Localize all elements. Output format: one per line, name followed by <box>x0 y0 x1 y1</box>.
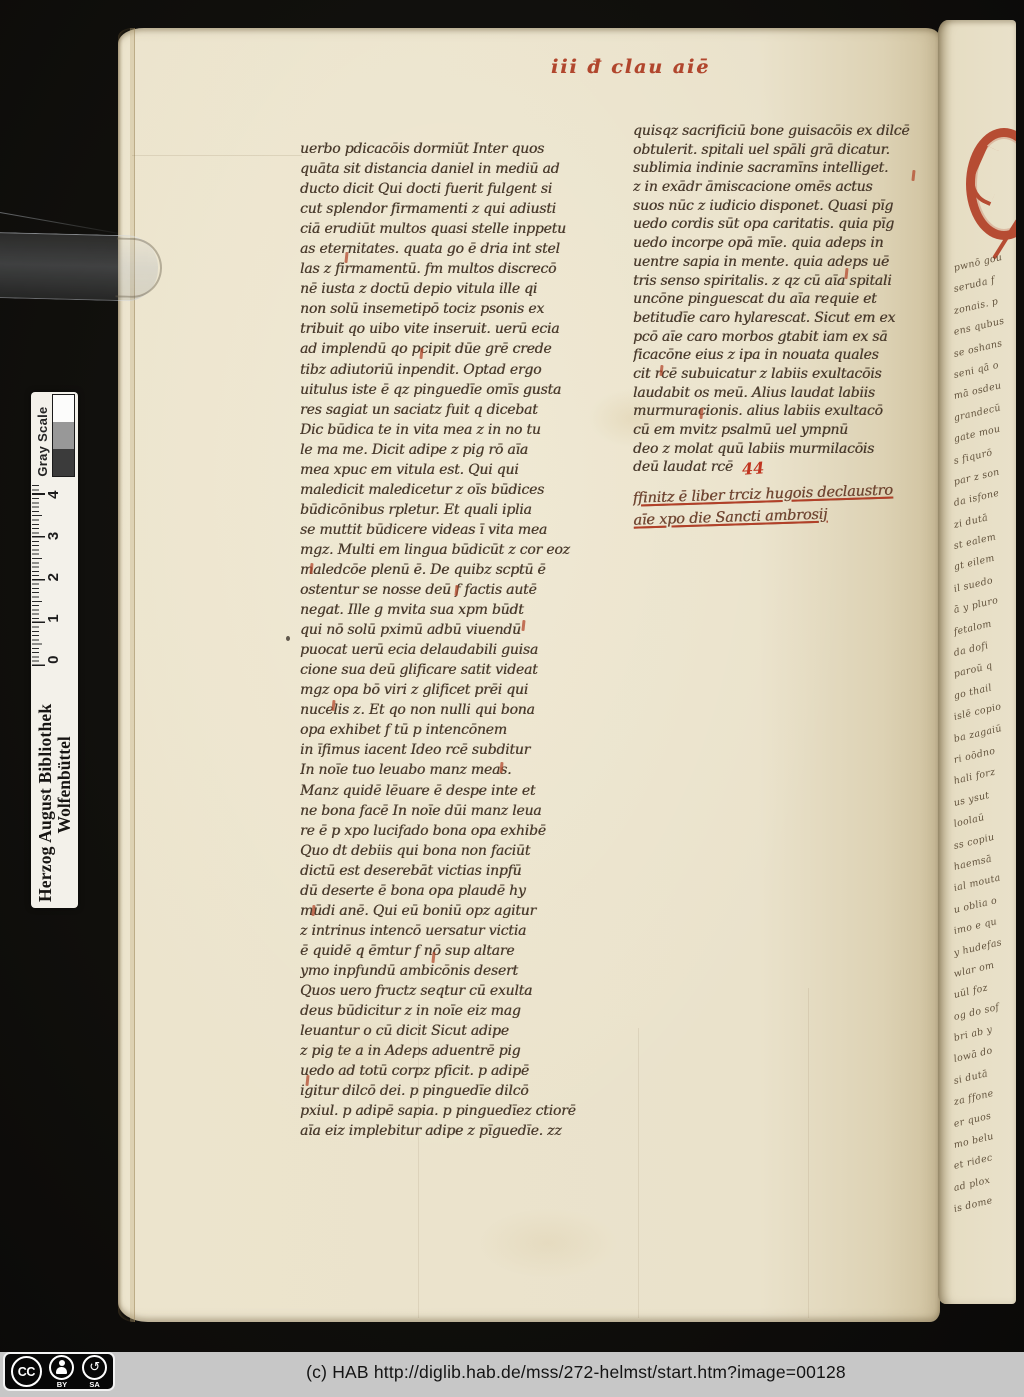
gray-scale-label: Gray Scale <box>35 392 50 477</box>
text-line: le ma me. Dicit adipe z pig rō aīa <box>300 440 582 460</box>
wormhole-speck <box>286 636 290 641</box>
text-line: uedo cordis sūt opa caritatis. quia pīg <box>633 215 927 234</box>
cc-sa: ↺ SA <box>82 1355 107 1389</box>
gray-scale-swatches <box>52 394 75 477</box>
institution-label: Herzog August Bibliothek Wolfenbüttel <box>31 668 78 908</box>
text-line: cit rcē subuicatur z labiis exultacōis <box>633 365 927 384</box>
page-fore-edge-left <box>118 28 135 1322</box>
text-line: quāta sit distancia daniel in mediū ad <box>300 159 582 179</box>
text-line: Dic būdica te in vita mea z in no tu <box>300 420 582 440</box>
partial-text-stubs: pwnō gouseruda fzonais. pens qubusse osh… <box>954 258 1016 1221</box>
red-correction-mark: 44 <box>741 458 765 479</box>
text-line: uerbo pdicacōis dormiūt Inter quos <box>300 139 582 159</box>
text-line: tibz adiutoriū inpendit. Optad ergo <box>300 360 582 380</box>
text-line: tris senso spiritalis. z qz cū aīa spita… <box>633 272 927 291</box>
ruler-number: 4 <box>45 489 62 501</box>
text-line: negat. Ille g mvita sua xpm būdt <box>300 600 582 620</box>
ruler-number: 0 <box>45 654 62 666</box>
text-line: obtulerit. spitali uel spāli grā dicatur… <box>633 141 927 160</box>
text-line: dū deserte ē bona opa plaudē hy <box>300 881 582 901</box>
text-line: z in exādr āmiscacione omēs actus <box>633 178 927 197</box>
caption-text: (c) HAB http://diglib.hab.de/mss/272-hel… <box>0 1362 1024 1383</box>
text-line: ficacōne eius z ipa in nouata quales <box>633 346 927 365</box>
gray-scale-section: Gray Scale <box>31 392 78 479</box>
text-line: opa exhibet f tū p intencōnem <box>300 720 582 740</box>
page-crease <box>808 988 809 1318</box>
sa-label: SA <box>89 1381 99 1389</box>
text-line: quisqz sacrificiū bone guisacōis ex dilc… <box>633 122 927 141</box>
text-line: deus būdicitur z in noīe eiz mag <box>300 1001 582 1021</box>
cc-by: BY <box>49 1355 74 1389</box>
text-line: mgz opa bō viri z glificet prēi qui <box>300 680 582 700</box>
text-line: deū laudat rcē <box>633 458 927 477</box>
text-line: in īfimus iacent Ideo rcē subditur <box>300 740 582 760</box>
text-line: cione sua deū glificare satit videat <box>300 660 582 680</box>
text-line: murmuracionis. alius labiis exultacō <box>633 402 927 421</box>
text-line: ē quidē q ēmtur f nō sup altare <box>300 941 582 961</box>
text-line: qui nō solū pximū adbū viuendū <box>300 620 582 640</box>
ruler-number: 3 <box>45 530 62 542</box>
ruler-ticks-cm <box>32 480 45 666</box>
text-line: ostentur se nosse deū f factis autē <box>300 580 582 600</box>
ruler-numbers: 01234 <box>45 489 62 666</box>
running-title: iii đ clau aiē <box>551 56 710 78</box>
text-line: uedo incorpe opā mīe. quia adeps in <box>633 234 927 253</box>
text-line: suos nūc z iudicio disponet. Quasi pīg <box>633 197 927 216</box>
text-line: leuantur o cū dicit Sicut adipe <box>300 1021 582 1041</box>
swatch-dark <box>53 449 74 476</box>
by-label: BY <box>57 1381 67 1389</box>
text-line: ciā erudiūt multos quasi stelle inppetu <box>300 219 582 239</box>
page-crease <box>638 1028 639 1318</box>
explicit-rubric: ffinitz ē liber trciz hugois declaustroa… <box>632 478 933 531</box>
text-line: mgz. Multi em lingua būdicūt z cor eoz <box>300 540 582 560</box>
cc-license-badge: CC BY ↺ SA <box>3 1352 115 1391</box>
text-line: se muttit būdicere videas ī vita mea <box>300 520 582 540</box>
caption-bar: (c) HAB http://diglib.hab.de/mss/272-hel… <box>0 1352 1024 1397</box>
share-alike-icon: ↺ <box>82 1355 107 1380</box>
color-calibration-strip: Herzog August Bibliothek Wolfenbüttel 01… <box>31 392 78 908</box>
ruler-number: 2 <box>45 571 62 583</box>
institution-city: Wolfenbüttel <box>55 668 74 902</box>
swatch-mid <box>53 422 74 449</box>
text-line: laudabit os meū. Alius laudat labiis <box>633 384 927 403</box>
parchment-stain <box>478 1208 618 1278</box>
text-line: uedo ad totū corpz pficit. p adipē <box>300 1061 582 1081</box>
text-line: aīa eiz implebitur adipe z pīguedīe. zz <box>300 1121 582 1141</box>
swatch-light <box>53 395 74 422</box>
text-line: igitur dilcō dei. p pinguedīe dilcō <box>300 1081 582 1101</box>
text-line: betitudīe caro hylarescat. Sicut em ex <box>633 309 927 328</box>
page-crease <box>132 155 302 156</box>
text-line: z pig te a in Adeps aduentrē pig <box>300 1041 582 1061</box>
person-icon <box>49 1355 74 1380</box>
text-line: tribuit qo uibo vite inseruit. uerū ecia <box>300 319 582 339</box>
text-line: In noīe tuo leuabo manz meas. <box>300 760 582 780</box>
text-line: res sagiat un saciatz fuit q dicebat <box>300 400 582 420</box>
text-line: būdicōnibus rpletur. Et quali iplia <box>300 500 582 520</box>
text-line: cū em mvitz psalmū uel ympnū <box>633 421 927 440</box>
ruler: 01234 <box>31 479 78 668</box>
right-text-column: quisqz sacrificiū bone guisacōis ex dilc… <box>633 122 927 477</box>
text-line: ducto dicit Qui docti fuerit fulgent si <box>300 179 582 199</box>
text-line: mūdi anē. Qui eū boniū opz agitur <box>300 901 582 921</box>
text-line: maledcōe plenū ē. De quibz scptū ē <box>300 560 582 580</box>
text-line: ad implendū qo pcipit dūe grē crede <box>300 339 582 359</box>
left-text-column: uerbo pdicacōis dormiūt Inter quosquāta … <box>300 139 582 1141</box>
text-line: dictū est deserebāt victias inpfū <box>300 861 582 881</box>
manuscript-photo: iii đ clau aiē uerbo pdicacōis dormiūt I… <box>0 0 1024 1397</box>
text-line: ne bona facē In noīe dūi manz leua <box>300 801 582 821</box>
text-line: non solū insemetipō tociz psonis ex <box>300 299 582 319</box>
text-line: re ē p xpo lucifado bona opa exhibē <box>300 821 582 841</box>
text-line: Quo dt debiis qui bona non faciūt <box>300 841 582 861</box>
text-line: nē iusta z doctū depio vitula ille qi <box>300 279 582 299</box>
text-line: uncōne pinguescat du aīa requie et <box>633 290 927 309</box>
text-line: Quos uero fructz seqtur cū exulta <box>300 981 582 1001</box>
text-line: z intrinus intencō uersatur victia <box>300 921 582 941</box>
text-line: pcō aīe caro morbos gtabit iam ex sā <box>633 328 927 347</box>
cc-icon: CC <box>11 1356 42 1387</box>
text-line: mea xpuc em vitula est. Qui qui <box>300 460 582 480</box>
text-line: maledicit maledicetur z oīs būdices <box>300 480 582 500</box>
text-line: pxiul. p adipē sapia. p pinguedīez ctior… <box>300 1101 582 1121</box>
text-line: ymo inpfundū ambicōnis desert <box>300 961 582 981</box>
text-line: uentre sapia in mente. quia adeps uē <box>633 253 927 272</box>
text-line: sublimia indinie sacramīns intelliget. <box>633 159 927 178</box>
text-line: deo z molat quū labiis murmilacōis <box>633 440 927 459</box>
text-line: uitulus iste ē qz pinguedīe omīs gusta <box>300 380 582 400</box>
institution-name: Herzog August Bibliothek <box>35 668 55 902</box>
cc-logo: CC <box>11 1356 42 1387</box>
next-page-sliver: pwnō gouseruda fzonais. pens qubusse osh… <box>938 20 1016 1304</box>
ruler-number: 1 <box>45 612 62 624</box>
text-line: puocat uerū ecia delaudabili guisa <box>300 640 582 660</box>
text-line: las z firmamentū. fm multos discrecō <box>300 259 582 279</box>
text-line: cut splendor firmamenti z qui adiusti <box>300 199 582 219</box>
text-line: nucelis z. Et qo non nulli qui bona <box>300 700 582 720</box>
text-line: Manz quidē lēuare ē despe inte et <box>300 781 582 801</box>
text-line: as eternitates. quata go ē dria int stel <box>300 239 582 259</box>
